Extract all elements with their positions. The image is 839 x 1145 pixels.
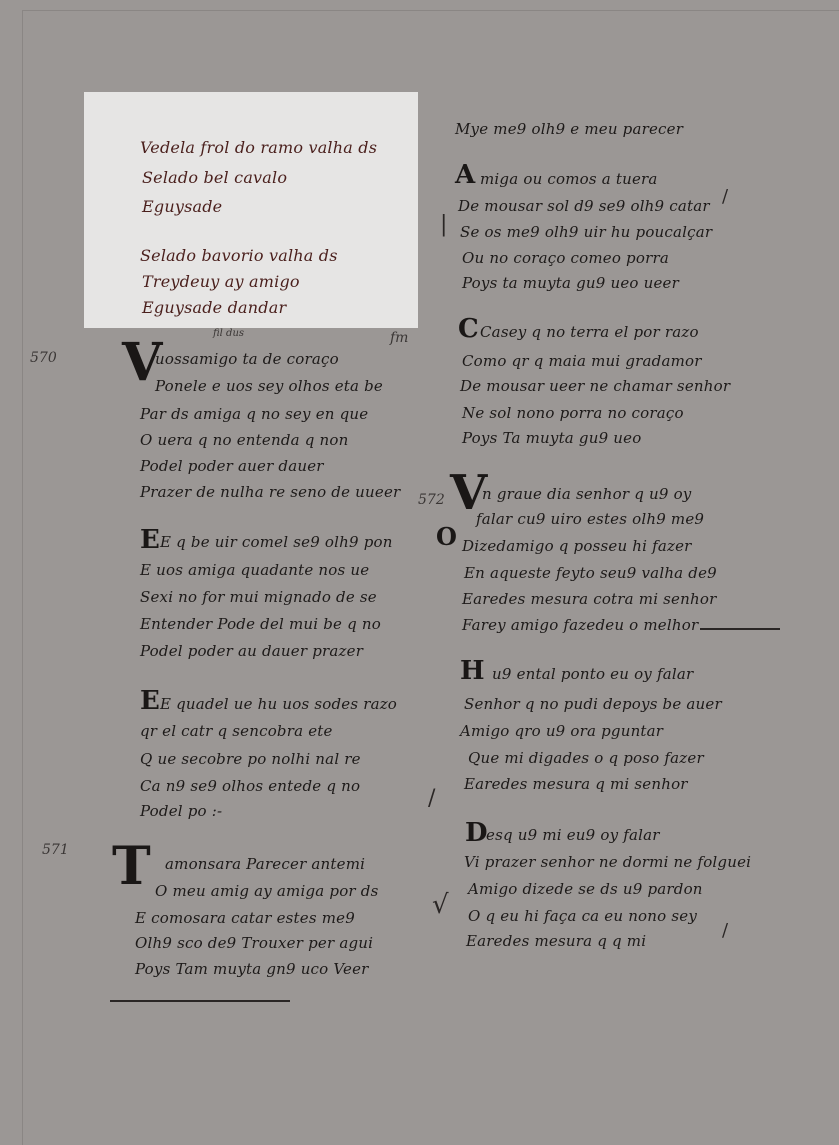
text-line: Podel poder auer dauer — [140, 457, 324, 475]
text-line: De mousar sol d9 se9 olh9 catar — [458, 197, 710, 215]
decorated-initial: D — [465, 818, 488, 848]
text-line: Podel poder au dauer prazer — [140, 642, 363, 660]
check-mark: / — [722, 920, 728, 941]
decorated-initial: H — [460, 656, 485, 686]
text-line: Poys Tam muyta gn9 uco Veer — [135, 960, 369, 978]
decorated-initial: A — [455, 160, 475, 190]
check-mark: / — [722, 186, 728, 207]
text-line: Eguysade — [142, 197, 222, 216]
text-line: Que mi digades o q poso fazer — [468, 749, 704, 767]
text-line: O uera q no entenda q non — [140, 431, 348, 449]
flourish-line — [110, 1000, 290, 1002]
text-line: n graue dia senhor q u9 oy — [482, 485, 691, 503]
text-line: Eguysade dandar — [142, 298, 286, 317]
text-line: Ponele e uos sey olhos eta be — [155, 377, 383, 395]
margin-mark: / — [428, 786, 435, 811]
text-line: u9 ental ponto eu oy falar — [492, 665, 693, 683]
text-line: falar cu9 uiro estes olh9 me9 — [476, 510, 704, 528]
text-line: Vi prazer senhor ne dormi ne folguei — [464, 853, 751, 871]
text-line: Dizedamigo q posseu hi fazer — [462, 537, 692, 555]
text-line: Farey amigo fazedeu o melhor — [462, 616, 698, 634]
gloss: fil dus — [213, 328, 244, 339]
text-line: De mousar ueer ne chamar senhor — [460, 377, 730, 395]
text-line: En aqueste feyto seu9 valha de9 — [464, 564, 717, 582]
header-fragment: fm — [390, 330, 408, 346]
text-line: E quadel ue hu uos sodes razo — [160, 695, 397, 713]
text-line: Poys Ta muyta gu9 ueo — [462, 429, 641, 447]
text-line: amonsara Parecer antemi — [165, 855, 365, 873]
text-line: Entender Pode del mui be q no — [140, 615, 381, 633]
text-line: miga ou comos a tuera — [480, 170, 658, 188]
text-line: Vedela frol do ramo valha ds — [140, 138, 377, 157]
text-line: Sexi no for mui mignado de se — [140, 588, 377, 606]
text-line: Par ds amiga q no sey en que — [140, 405, 368, 423]
text-line: Ca n9 se9 olhos entede q no — [140, 777, 360, 795]
poem-number: 570 — [30, 350, 57, 366]
text-line: Q ue secobre po nolhi nal re — [140, 750, 361, 768]
text-line: Selado bavorio valha ds — [140, 246, 338, 265]
text-line: Treydeuy ay amigo — [142, 272, 300, 291]
decorated-initial: C — [458, 314, 479, 344]
text-line: Senhor q no pudi depoys be auer — [464, 695, 722, 713]
text-line: Mye me9 olh9 e meu parecer — [455, 120, 683, 138]
poem-number: 571 — [42, 842, 69, 858]
text-line: Ne sol nono porra no coraço — [462, 404, 684, 422]
text-line: Ou no coraço comeo porra — [462, 249, 669, 267]
text-line: O meu amig ay amiga por ds — [155, 882, 378, 900]
text-line: esq u9 mi eu9 oy falar — [486, 826, 660, 844]
text-line: Como qr q maia mui gradamor — [462, 352, 702, 370]
text-line: Earedes mesura q mi senhor — [464, 775, 688, 793]
side-initial: O — [436, 522, 457, 551]
check-mark: √ — [432, 890, 449, 920]
text-line: Earedes mesura q q mi — [466, 932, 646, 950]
text-line: Amigo qro u9 ora pguntar — [460, 722, 663, 740]
text-line: E uos amiga quadante nos ue — [140, 561, 369, 579]
text-line: Se os me9 olh9 uir hu poucalçar — [460, 223, 712, 241]
text-line: Prazer de nulha re seno de uueer — [140, 483, 400, 501]
decorated-initial: E — [140, 525, 160, 555]
margin-bar: | — [440, 212, 447, 237]
text-line: Casey q no terra el por razo — [480, 323, 699, 341]
decorated-initial: T — [112, 836, 151, 897]
poem-number: 572 — [418, 492, 445, 508]
text-line: Podel po :- — [140, 802, 222, 820]
text-line: E q be uir comel se9 olh9 pon — [160, 533, 393, 551]
flourish-line — [700, 628, 780, 630]
highlighted-text-block — [84, 92, 418, 328]
text-line: Poys ta muyta gu9 ueo ueer — [462, 274, 679, 292]
text-line: Earedes mesura cotra mi senhor — [462, 590, 716, 608]
text-line: uossamigo ta de coraço — [155, 350, 339, 368]
text-line: Selado bel cavalo — [142, 168, 287, 187]
text-line: E comosara catar estes me9 — [135, 909, 355, 927]
text-line: Olh9 sco de9 Trouxer per agui — [135, 934, 373, 952]
decorated-initial: E — [140, 686, 160, 716]
text-line: qr el catr q sencobra ete — [140, 722, 333, 740]
text-line: O q eu hi faça ca eu nono sey — [468, 907, 697, 925]
text-line: Amigo dizede se ds u9 pardon — [468, 880, 703, 898]
